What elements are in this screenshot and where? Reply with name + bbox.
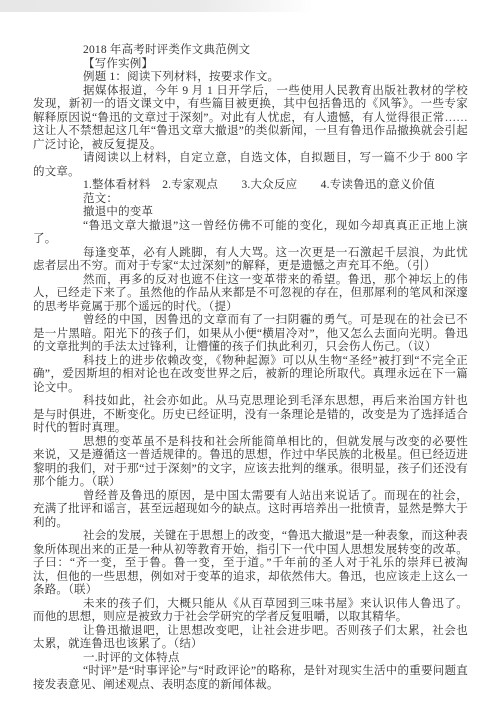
essay-paragraph: 社会的发展，关键在于思想上的改变，“鲁迅大撤退”是一种表象，而这种表象所体现出来…: [33, 530, 468, 598]
essay-paragraph: 然而，再多的反对也遮不住这一变革带来的希望。鲁迅，那个神坛上的伟人，已经走下来了…: [33, 274, 468, 315]
essay-paragraph: 思想的变革虽不是科技和社会所能简单相比的，但就发展与改变的必要性来说，又是遵循这…: [33, 436, 468, 490]
essay-paragraph: 曾经的中国，因鲁迅的文章而有了一扫阴霾的勇气。可是现在的社会已不是一片黑暗。阳光…: [33, 314, 468, 355]
essay-paragraph: 让鲁迅撤退吧，让思想改变吧，让社会进步吧。否则孩子们太累，社会也太累，就连鲁迅也…: [33, 625, 468, 652]
notes-body: “时评”是“时事评论”与“时政评论”的略称，是针对现实生活中的重要问题直接发表意…: [33, 665, 468, 692]
essay-paragraph: “鲁迅文章大撤退”这一曾经仿佛不可能的变化，现如今却真真正正地上演了。: [33, 220, 468, 247]
essay-paragraph: 每逢变革，必有人跳脚，有人大骂。这一次更是一石激起千层浪，为此忧虑者层出不穷。而…: [33, 247, 468, 274]
example-prompt-label: 例题 1：阅读下列材料，按要求作文。: [33, 71, 468, 85]
document-title: 2018 年高考时评类作文典范例文: [33, 44, 468, 58]
example-material: 据媒体报道，今年 9 月 1 日开学后，一些使用人民教育出版社教材的学校发现，新…: [33, 85, 468, 153]
essay-paragraph: 未来的孩子们，大概只能从《从百草园到三味书屋》来认识伟人鲁迅了。而他的思想，则应…: [33, 598, 468, 625]
essay-title: 撤退中的变革: [33, 206, 468, 220]
essay-paragraph: 科技如此，社会亦如此。从马克思理论到毛泽东思想，再后来治国方针也是与时俱进，不断…: [33, 395, 468, 436]
essay-label: 范文：: [33, 193, 468, 207]
example-instruction: 请阅读以上材料，自定立意，自选文体，自拟题目，写一篇不少于 800 字的文章。: [33, 152, 468, 179]
essay-paragraph: 曾经普及鲁迅的原因，是中国太需要有人站出来说话了。而现在的社会，充满了批评和谣言…: [33, 490, 468, 531]
essay-paragraph: 科技上的进步依赖改变，《物种起源》可以从生物“圣经”被打到“不完全正确”，爱因斯…: [33, 355, 468, 396]
section-header: 【写作实例】: [33, 58, 468, 72]
example-analysis-points: 1.整体看材料 2.专家观点 3.大众反应 4.专读鲁迅的意义价值: [33, 179, 468, 193]
document-page: 2018 年高考时评类作文典范例文 【写作实例】 例题 1：阅读下列材料，按要求…: [0, 0, 500, 692]
essay-body: “鲁迅文章大撤退”这一曾经仿佛不可能的变化，现如今却真真正正地上演了。 每逢变革…: [33, 220, 468, 652]
notes-heading: 一.时评的文体特点: [33, 652, 468, 666]
